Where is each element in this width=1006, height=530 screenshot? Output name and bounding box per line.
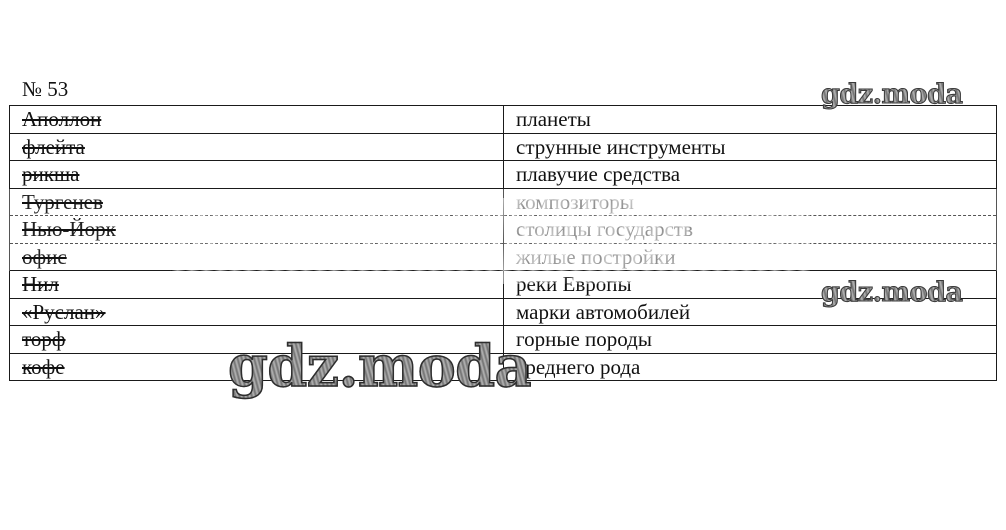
task-number: № 53	[22, 76, 68, 102]
table-row: флейта струнные инструменты	[10, 133, 997, 161]
crossed-word: рикша	[22, 162, 79, 186]
table-row: Аполлон планеты	[10, 106, 997, 134]
category-cell: столицы государств	[504, 216, 997, 244]
answer-table: Аполлон планеты флейта струнные инструме…	[9, 105, 997, 381]
category-cell: струнные инструменты	[504, 133, 997, 161]
crossed-word-cell: торф	[10, 326, 504, 354]
table-row: торф горные породы	[10, 326, 997, 354]
category-label: планеты	[516, 107, 591, 131]
crossed-word: Нью-Йорк	[22, 217, 116, 241]
crossed-word-cell: Нил	[10, 271, 504, 299]
crossed-word-cell: рикша	[10, 161, 504, 189]
table-row: офис жилые постройки	[10, 243, 997, 271]
crossed-word: торф	[22, 327, 66, 351]
table-row: кофе среднего рода	[10, 353, 997, 381]
crossed-word: флейта	[22, 135, 85, 159]
category-label: реки Европы	[516, 272, 632, 296]
crossed-word: офис	[22, 245, 67, 269]
category-label: столицы государств	[516, 217, 693, 241]
table-row: рикша плавучие средства	[10, 161, 997, 189]
category-label: жилые постройки	[516, 245, 676, 269]
crossed-word: кофе	[22, 355, 65, 379]
category-cell: среднего рода	[504, 353, 997, 381]
table-row: «Руслан» марки автомобилей	[10, 298, 997, 326]
table-row: Тургенев композиторы	[10, 188, 997, 216]
category-cell: марки автомобилей	[504, 298, 997, 326]
category-cell: плавучие средства	[504, 161, 997, 189]
category-cell: жилые постройки	[504, 243, 997, 271]
crossed-word-cell: «Руслан»	[10, 298, 504, 326]
crossed-word-cell: кофе	[10, 353, 504, 381]
category-label: струнные инструменты	[516, 135, 725, 159]
category-cell: реки Европы	[504, 271, 997, 299]
crossed-word: Тургенев	[22, 190, 103, 214]
crossed-word-cell: офис	[10, 243, 504, 271]
crossed-word-cell: Нью-Йорк	[10, 216, 504, 244]
category-cell: горные породы	[504, 326, 997, 354]
crossed-word-cell: Тургенев	[10, 188, 504, 216]
crossed-word-cell: флейта	[10, 133, 504, 161]
crossed-word: Нил	[22, 272, 59, 296]
crossed-word-cell: Аполлон	[10, 106, 504, 134]
category-label: горные породы	[516, 327, 652, 351]
table-row: Нью-Йорк столицы государств	[10, 216, 997, 244]
crossed-word: Аполлон	[22, 107, 101, 131]
crossed-word: «Руслан»	[22, 300, 106, 324]
category-label: композиторы	[516, 190, 634, 214]
category-label: плавучие средства	[516, 162, 680, 186]
table-row: Нил реки Европы	[10, 271, 997, 299]
category-label: среднего рода	[516, 355, 640, 379]
category-cell: композиторы	[504, 188, 997, 216]
category-label: марки автомобилей	[516, 300, 690, 324]
category-cell: планеты	[504, 106, 997, 134]
